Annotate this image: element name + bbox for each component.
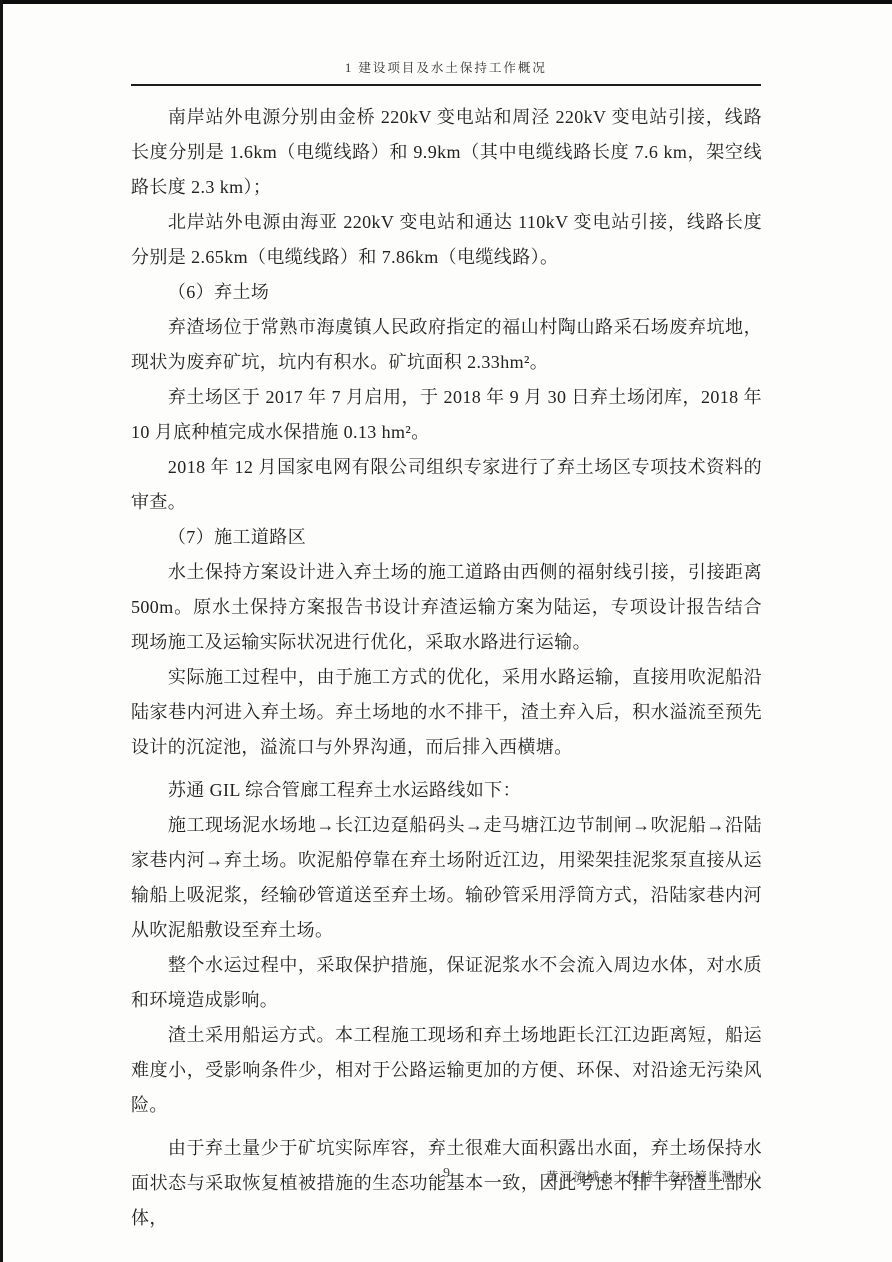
body-paragraph-heading: （6）弃土场 xyxy=(131,275,762,310)
body-paragraph: 实际施工过程中，由于施工方式的优化，采用水路运输，直接用吹泥船沿陆家巷内河进入弃… xyxy=(131,660,762,765)
body-paragraph: 弃土场区于 2017 年 7 月启用，于 2018 年 9 月 30 日弃土场闭… xyxy=(131,380,762,450)
header-rule xyxy=(131,84,761,86)
body-paragraph: 水土保持方案设计进入弃土场的施工道路由西侧的福射线引接，引接距离 500m。原水… xyxy=(131,555,762,660)
page-footer: 9 黄河流域水土保持生态环境监测中心 xyxy=(131,1166,762,1190)
document-page: 1 建设项目及水土保持工作概况 南岸站外电源分别由金桥 220kV 变电站和周泾… xyxy=(0,0,892,1262)
body-paragraph: 北岸站外电源由海亚 220kV 变电站和通达 110kV 变电站引接，线路长度分… xyxy=(131,205,762,275)
body-paragraph: 苏通 GIL 综合管廊工程弃土水运路线如下： xyxy=(131,773,762,808)
body-paragraph: 渣土采用船运方式。本工程施工现场和弃土场地距长江江边距离短，船运难度小，受影响条… xyxy=(131,1018,762,1123)
body-paragraph: 南岸站外电源分别由金桥 220kV 变电站和周泾 220kV 变电站引接，线路长… xyxy=(131,100,762,205)
body-paragraph-heading: （7）施工道路区 xyxy=(131,520,762,555)
body-paragraph: 2018 年 12 月国家电网有限公司组织专家进行了弃土场区专项技术资料的审查。 xyxy=(131,450,762,520)
page-header: 1 建设项目及水土保持工作概况 xyxy=(131,58,761,86)
body-paragraph: 弃渣场位于常熟市海虞镇人民政府指定的福山村陶山路采石场废弃坑地，现状为废弃矿坑，… xyxy=(131,310,762,380)
footer-organization: 黄河流域水土保持生态环境监测中心 xyxy=(546,1167,762,1185)
body-paragraph: 整个水运过程中，采取保护措施，保证泥浆水不会流入周边水体，对水质和环境造成影响。 xyxy=(131,948,762,1018)
scan-edge-left xyxy=(0,0,3,1262)
scan-edge-top xyxy=(0,0,892,4)
document-body: 南岸站外电源分别由金桥 220kV 变电站和周泾 220kV 变电站引接，线路长… xyxy=(131,100,762,1236)
body-paragraph: 施工现场泥水场地→长江边趸船码头→走马塘江边节制闸→吹泥船→沿陆家巷内河→弃土场… xyxy=(131,808,762,948)
page-header-title: 1 建设项目及水土保持工作概况 xyxy=(131,58,761,84)
